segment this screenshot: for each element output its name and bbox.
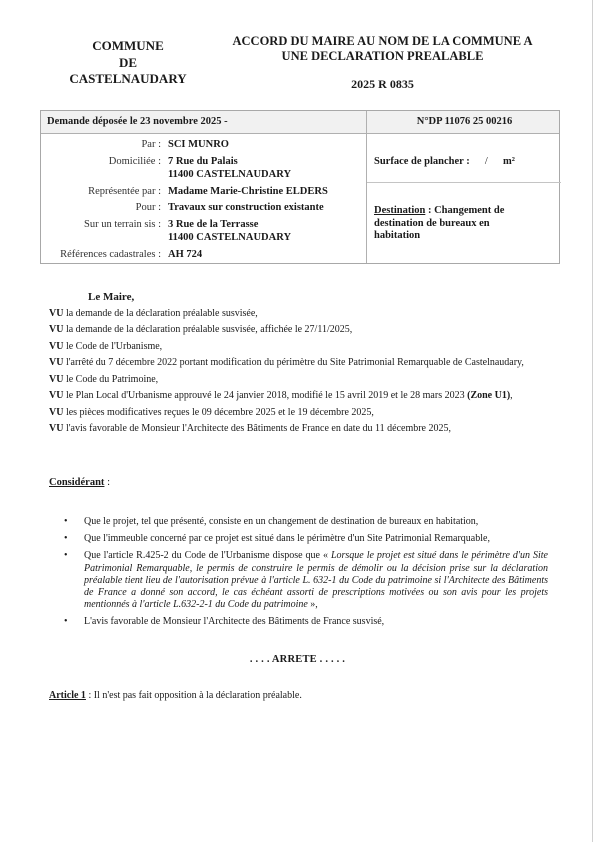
vu-prefix: VU [49, 357, 63, 368]
row-label: Domiciliée : [109, 156, 161, 169]
vu-prefix: VU [49, 374, 63, 385]
commune-line: COMMUNE [58, 38, 198, 55]
land-address: 3 Rue de la Terrasse [168, 219, 258, 232]
considerant-item: Que le projet, tel que présenté, consist… [64, 516, 548, 528]
article-1: Article 1 : Il n'est pas fait opposition… [49, 690, 302, 701]
commune-name: COMMUNE DE CASTELNAUDARY [58, 38, 198, 88]
considerant-item: Que l'article R.425-2 du Code de l'Urban… [64, 550, 548, 611]
row-label: Références cadastrales : [60, 249, 161, 262]
considerant-text: Que l'immeuble concerné par ce projet es… [84, 533, 490, 544]
applicant-address: 7 Rue du Palais [168, 156, 238, 169]
considerant-text: L'avis favorable de Monsieur l'Architect… [84, 616, 384, 627]
applicant-city: 11400 CASTELNAUDARY [168, 169, 291, 182]
document-title: ACCORD DU MAIRE AU NOM DE LA COMMUNE A U… [215, 34, 550, 64]
vu-prefix: VU [49, 423, 63, 434]
zone-label: (Zone U1) [467, 390, 510, 401]
article-text: : Il n'est pas fait opposition à la décl… [86, 690, 302, 701]
vu-item: VU la demande de la déclaration préalabl… [49, 308, 549, 320]
destination: Destination : Changement de destination … [374, 205, 524, 243]
article-label: Article 1 [49, 690, 86, 701]
vu-item: VU le Plan Local d'Urbanisme approuvé le… [49, 390, 549, 402]
row-label: Sur un terrain sis : [84, 219, 161, 232]
vu-item: VU l'arrêté du 7 décembre 2022 portant m… [49, 357, 549, 369]
land-city: 11400 CASTELNAUDARY [168, 232, 291, 245]
commune-line: CASTELNAUDARY [58, 71, 198, 88]
vu-text: les pièces modificatives reçues le 09 dé… [66, 407, 374, 418]
title-line: ACCORD DU MAIRE AU NOM DE LA COMMUNE A [215, 34, 550, 49]
vu-prefix: VU [49, 407, 63, 418]
floor-area-value: / [472, 156, 500, 167]
maire-heading: Le Maire, [88, 291, 134, 303]
quote-close: », [308, 599, 318, 610]
considerant-text: Que l'article R.425-2 du Code de l'Urban… [84, 550, 331, 561]
vu-prefix: VU [49, 390, 63, 401]
table-header: Demande déposée le 23 novembre 2025 - N°… [41, 111, 559, 134]
considerant-text: Que le projet, tel que présenté, consist… [84, 516, 478, 527]
vu-item: VU le Code du Patrimoine, [49, 374, 549, 386]
row-label: Par : [141, 139, 161, 152]
floor-area: Surface de plancher : / m² [374, 156, 515, 167]
floor-area-label: Surface de plancher : [374, 156, 470, 167]
row-label: Pour : [136, 202, 161, 215]
considerant-item: L'avis favorable de Monsieur l'Architect… [64, 616, 548, 628]
arrete-heading: . . . . ARRETE . . . . . [0, 654, 595, 665]
vu-text: le Code de l'Urbanisme, [66, 341, 162, 352]
vu-text: l'avis favorable de Monsieur l'Architect… [66, 423, 451, 434]
vu-list: VU la demande de la déclaration préalabl… [49, 308, 549, 440]
work-type: Travaux sur construction existante [168, 202, 324, 215]
representative: Madame Marie-Christine ELDERS [168, 186, 328, 199]
commune-line: DE [58, 55, 198, 72]
floor-area-unit: m² [503, 156, 515, 167]
vu-text: le Code du Patrimoine, [66, 374, 158, 385]
vu-text: l'arrêté du 7 décembre 2022 portant modi… [66, 357, 524, 368]
title-line: UNE DECLARATION PREALABLE [215, 49, 550, 64]
cadastral-reference: AH 724 [168, 249, 202, 262]
vu-text: la demande de la déclaration préalable s… [66, 308, 258, 319]
vu-prefix: VU [49, 341, 63, 352]
vu-item: VU la demande de la déclaration préalabl… [49, 324, 549, 336]
row-label: Représentée par : [88, 186, 161, 199]
considerant-heading: Considérant : [49, 477, 110, 488]
considerant-item: Que l'immeuble concerné par ce projet es… [64, 533, 548, 545]
destination-label: Destination [374, 205, 425, 216]
considerant-list: Que le projet, tel que présenté, consist… [64, 516, 548, 634]
vu-prefix: VU [49, 308, 63, 319]
vu-item: VU les pièces modificatives reçues le 09… [49, 407, 549, 419]
vu-item: VU l'avis favorable de Monsieur l'Archit… [49, 423, 549, 435]
application-info-table: Demande déposée le 23 novembre 2025 - N°… [40, 110, 560, 264]
page-edge [592, 0, 593, 842]
reference-number: 2025 R 0835 [300, 77, 465, 92]
considerant-colon: : [104, 477, 110, 488]
vu-text: le Plan Local d'Urbanisme approuvé le 24… [66, 390, 513, 401]
considerant-label: Considérant [49, 477, 104, 488]
vu-prefix: VU [49, 324, 63, 335]
applicant-name: SCI MUNRO [168, 139, 229, 152]
column-divider [366, 111, 367, 263]
vu-text: la demande de la déclaration préalable s… [66, 324, 352, 335]
vu-item: VU le Code de l'Urbanisme, [49, 341, 549, 353]
submission-date: Demande déposée le 23 novembre 2025 - [47, 116, 228, 127]
dp-number: N°DP 11076 25 00216 [368, 116, 561, 127]
row-divider [367, 182, 561, 183]
